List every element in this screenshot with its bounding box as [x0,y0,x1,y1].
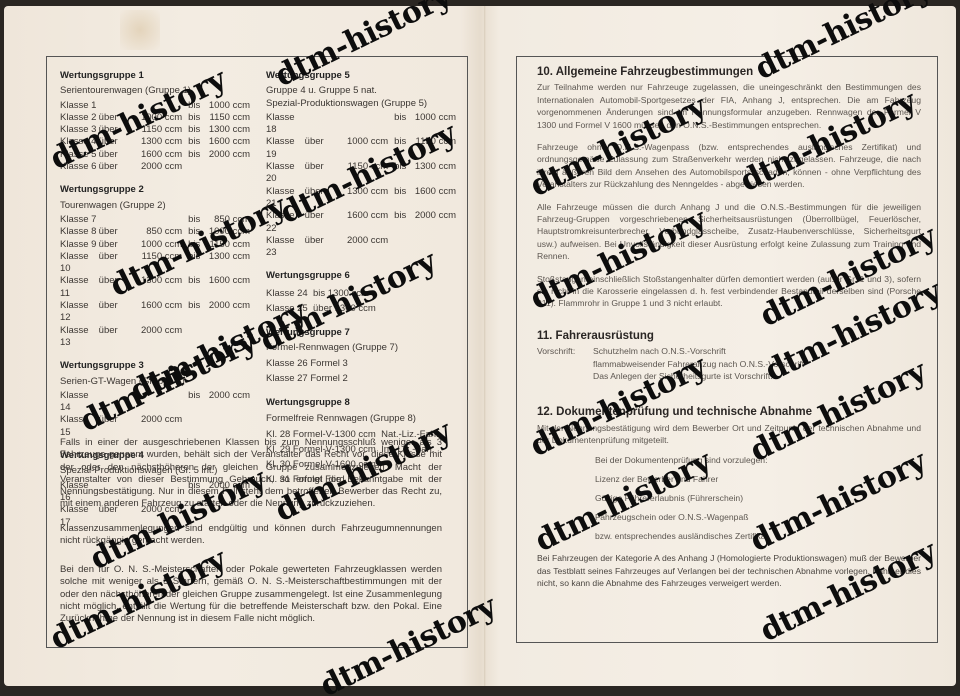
class-to: 2000 ccm [202,390,250,415]
class-row: Klasse 22über1600 ccmbis2000 ccm [266,210,456,235]
section-10-para-1: Zur Teilnahme werden nur Fahrzeuge zugel… [537,81,921,131]
class-from-word: über [99,136,135,148]
class-to-word: bis [394,186,408,211]
class-row: Klasse 15über2000 ccm [60,414,250,439]
class-from [134,214,188,226]
group-subtitle: Spezial-Produktionswagen (Gruppe 5) [266,98,456,110]
class-from: 1150 ccm [340,161,394,186]
class-to-word [188,161,202,173]
document-item: Gültige Führererlaubnis (Führerschein) [595,489,921,508]
document-item: bzw. entsprechendes ausländisches Zertif… [595,527,921,546]
section-10-para-3: Alle Fahrzeuge müssen die durch Anhang J… [537,201,921,263]
class-row: Klasse 9über1000 ccmbis1150 ccm [60,239,250,251]
class-from [340,112,394,137]
equipment-item: Das Anlegen der Sicherheitsgurte ist Vor… [593,370,804,382]
class-row: Klasse 11über1300 ccmbis1600 ccm [60,275,250,300]
class-to-word: bis [188,275,202,300]
class-to [408,235,456,260]
class-label: Klasse 19 [266,136,305,161]
class-row: Klasse 6über2000 ccm [60,161,250,173]
page-fold [484,6,486,686]
document-item: Fahrzeugschein oder O.N.S.-Wagenpaß [595,508,921,527]
section-10-para-2: Fahrzeuge ohne O.N.S.-Wagenpass (bzw. en… [537,141,921,191]
section-12-intro: Mit der Nennungsbestätigung wird dem Bew… [537,422,921,447]
class-label: Klasse 5 [60,149,99,161]
class-row: Klasse 20über1150 ccmbis1300 ccm [266,161,456,186]
equipment-item: flammabweisender Fahreranzug nach O.N.S.… [593,358,804,370]
class-from: 850 ccm [134,226,188,238]
class-to-word: bis [394,210,408,235]
class-from: 1600 ccm [340,210,394,235]
group-title: Wertungsgruppe 2 [60,184,250,196]
section-11-list: Vorschrift: Schutzhelm nach O.N.S.-Vorsc… [537,345,921,382]
wertungsgruppe-2: Wertungsgruppe 2Tourenwagen (Gruppe 2)Kl… [60,184,250,349]
class-from-word: über [99,275,135,300]
wertungsgruppe-1: Wertungsgruppe 1Serientourenwagen (Grupp… [60,70,250,173]
class-from: 2000 ccm [134,161,188,173]
class-row: Klasse 18bis1000 ccm [266,112,456,137]
class-to: 850 ccm [202,214,250,226]
class-to: 2000 ccm [202,149,250,161]
class-to: 1300 ccm [408,161,456,186]
class-label: Klasse 23 [266,235,305,260]
class-from-word [99,100,135,112]
class-from: 1600 ccm [134,149,188,161]
class-row: Klasse 13über2000 ccm [60,325,250,350]
class-label: Klasse 8 [60,226,99,238]
group-title: Wertungsgruppe 8 [266,397,456,409]
class-from: 2000 ccm [340,235,394,260]
class-row: Klasse 5über1600 ccmbis2000 ccm [60,149,250,161]
class-from-word: über [99,124,135,136]
class-from-word: über [99,161,135,173]
class-from-word: über [305,210,341,235]
class-from-word: über [305,235,341,260]
wertungsgruppe-7: Wertungsgruppe 7Formel-Rennwagen (Gruppe… [266,327,456,387]
class-from-word [99,214,135,226]
class-from-word: über [99,149,135,161]
class-row: Klasse 27 Formel 2 [266,371,456,386]
class-to: 1000 ccm [202,100,250,112]
equipment-item: Schutzhelm nach O.N.S.-Vorschrift [593,345,804,357]
driver-equipment-items: Schutzhelm nach O.N.S.-Vorschrift flamma… [593,345,804,382]
class-row: Klasse 10über1150 ccmbis1300 ccm [60,251,250,276]
class-to-word: bis [188,239,202,251]
section-11-heading: 11. Fahrerausrüstung [537,330,921,342]
class-from: 2000 ccm [134,325,188,350]
class-from-word: über [99,112,135,124]
class-to [202,161,250,173]
class-to: 2000 ccm [202,300,250,325]
class-row: Klasse 4über1300 ccmbis1600 ccm [60,136,250,148]
right-page-content: 10. Allgemeine Fahrzeugbestimmungen Zur … [537,66,921,590]
class-to-word: bis [188,226,202,238]
class-row: Klasse 1bis1000 ccm [60,100,250,112]
class-from-word: über [99,226,135,238]
class-from: 1300 ccm [340,186,394,211]
class-from-word: über [305,161,341,186]
document-list: Bei der Dokumentenprüfung sind vorzulege… [595,451,921,546]
class-label: Klasse 18 [266,112,305,137]
class-to-word: bis [188,214,202,226]
class-to-word: bis [188,100,202,112]
class-row: Klasse 8über850 ccmbis1000 ccm [60,226,250,238]
paper-stain [120,10,160,50]
class-row: Klasse 23über2000 ccm [266,235,456,260]
group-title: Wertungsgruppe 1 [60,70,250,82]
group-title: Wertungsgruppe 3 [60,360,250,372]
class-from [134,100,188,112]
class-label: Klasse 7 [60,214,99,226]
class-label: Klasse 4 [60,136,99,148]
merge-final-paragraph: Klassenzusammenlegungen sind endgültig u… [60,523,442,548]
class-label: Klasse 1 [60,100,99,112]
class-to-word: bis [394,161,408,186]
class-to-word: bis [188,251,202,276]
class-from-word: über [99,414,135,439]
class-to: 1600 ccm [202,136,250,148]
class-from-word: über [99,239,135,251]
class-from: 1000 ccm [134,112,188,124]
class-from: 2000 ccm [134,414,188,439]
class-from: 1600 ccm [134,300,188,325]
class-to: 1150 ccm [202,239,250,251]
wertungsgruppe-3: Wertungsgruppe 3Serien-GT-Wagen (Gruppe … [60,360,250,439]
class-to-word: bis [188,136,202,148]
group-subtitle: Serientourenwagen (Gruppe 1) [60,85,250,97]
class-row: Klasse 7bis850 ccm [60,214,250,226]
left-column-2: Wertungsgruppe 5Gruppe 4 u. Gruppe 5 nat… [266,70,456,487]
class-to-word: bis [394,136,408,161]
class-label: Klasse 6 [60,161,99,173]
section-10-para-4: Stoßstangen einschließlich Stoßstangenha… [537,273,921,310]
class-label: Klasse 11 [60,275,99,300]
section-12-closing: Bei Fahrzeugen der Kategorie A des Anhan… [537,552,921,589]
class-to-word [188,414,202,439]
class-to: 1300 ccm [202,251,250,276]
class-label: Klasse 14 [60,390,99,415]
class-label: Klasse 15 [60,414,99,439]
class-from: 1000 ccm [340,136,394,161]
class-from-word: über [99,251,135,276]
class-from: 1000 ccm [134,239,188,251]
class-row: Klasse 24 bis 1300 ccm [266,286,456,301]
group-subtitle: Formelfreie Rennwagen (Gruppe 8) [266,413,456,425]
class-label: Klasse 3 [60,124,99,136]
class-label: Klasse 13 [60,325,99,350]
document-item: Lizenz der Bewerber und Fahrer [595,470,921,489]
group-subtitle: Gruppe 4 u. Gruppe 5 nat. [266,85,456,97]
class-row: Klasse 19über1000 ccmbis1150 ccm [266,136,456,161]
section-10-heading: 10. Allgemeine Fahrzeugbestimmungen [537,66,921,78]
class-from-word: über [99,300,135,325]
class-row: Klasse 12über1600 ccmbis2000 ccm [60,300,250,325]
class-to: 1300 ccm [202,124,250,136]
class-to-word [394,235,408,260]
class-to: 1150 ccm [202,112,250,124]
class-from: 1300 ccm [134,275,188,300]
class-row: Klasse 14bis2000 ccm [60,390,250,415]
class-row: Klasse 26 Formel 3 [266,356,456,371]
group-title: Wertungsgruppe 7 [266,327,456,339]
class-to-word: bis [188,390,202,415]
class-to-word: bis [394,112,408,137]
class-to-word: bis [188,124,202,136]
group-subtitle: Tourenwagen (Gruppe 2) [60,200,250,212]
class-to: 1600 ccm [408,186,456,211]
class-label: Klasse 12 [60,300,99,325]
class-to [202,414,250,439]
group-subtitle: Serien-GT-Wagen (Gruppe 3) [60,376,250,388]
class-row: Klasse 2über1000 ccmbis1150 ccm [60,112,250,124]
class-to-word: bis [188,300,202,325]
class-from: 1150 ccm [134,251,188,276]
class-to [202,325,250,350]
class-to: 2000 ccm [408,210,456,235]
class-to: 1000 ccm [202,226,250,238]
class-to-word: bis [188,149,202,161]
class-from-word: über [305,186,341,211]
class-label: Klasse 21 [266,186,305,211]
class-to: 1150 ccm [408,136,456,161]
class-row: Klasse 21über1300 ccmbis1600 ccm [266,186,456,211]
class-label: Klasse 9 [60,239,99,251]
class-to-word: bis [188,112,202,124]
wertungsgruppe-6: Wertungsgruppe 6Klasse 24 bis 1300 ccmKl… [266,270,456,315]
group-subtitle: Formel-Rennwagen (Gruppe 7) [266,342,456,354]
class-to: 1600 ccm [202,275,250,300]
class-from: 1300 ccm [134,136,188,148]
class-from-word: über [99,325,135,350]
class-from-word [99,390,135,415]
class-label: Klasse 10 [60,251,99,276]
class-label: Klasse 2 [60,112,99,124]
wertungsgruppe-5: Wertungsgruppe 5Gruppe 4 u. Gruppe 5 nat… [266,70,456,259]
class-merge-paragraph: Falls in einer der ausgeschriebenen Klas… [60,437,442,511]
class-from-word: über [305,136,341,161]
class-from [134,390,188,415]
group-title: Wertungsgruppe 6 [266,270,456,282]
class-from-word [305,112,341,137]
class-to: 1000 ccm [408,112,456,137]
section-12-heading: 12. Dokumentenprüfung und technische Abn… [537,406,921,418]
vorschrift-label: Vorschrift: [537,345,593,382]
document-item: Bei der Dokumentenprüfung sind vorzulege… [595,451,921,470]
class-from: 1150 ccm [134,124,188,136]
class-row: Klasse 3über1150 ccmbis1300 ccm [60,124,250,136]
class-label: Klasse 22 [266,210,305,235]
class-row: Klasse 25 über 1300 ccm [266,301,456,316]
class-label: Klasse 20 [266,161,305,186]
class-to-word [188,325,202,350]
group-title: Wertungsgruppe 5 [266,70,456,82]
championship-paragraph: Bei den für O. N. S.-Meisterschaften ode… [60,564,442,625]
